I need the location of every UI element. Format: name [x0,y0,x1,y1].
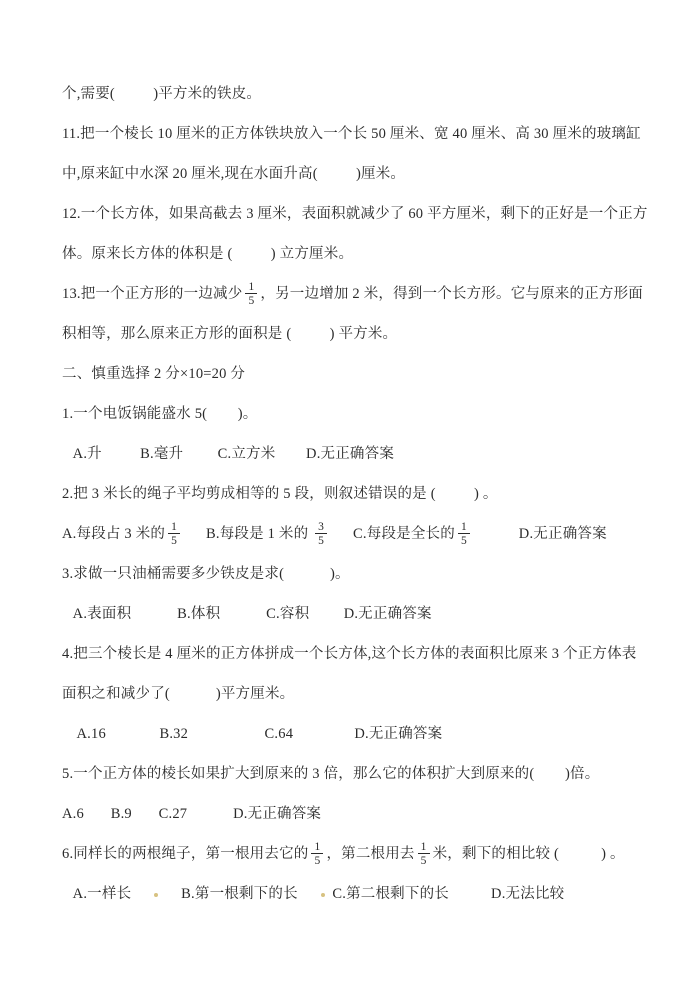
text-run: A.升 B.毫升 C.立方米 D.无正确答案 [62,446,394,462]
text-run: D.无正确答案 [473,526,607,542]
fraction-numerator: 1 [458,521,470,534]
line-c6-question: 6.同样长的两根绳子，第一根用去它的15，第二根用去15米，剩下的相比较 ( )… [62,834,655,874]
text-run: A.16 B.32 C.64 D.无正确答案 [62,726,442,742]
fraction-denominator: 5 [315,533,327,547]
line-c2-options: A.每段占 3 米的15 B.每段是 1 米的 35 C.每段是全长的15 D.… [62,514,655,554]
fraction-denominator: 5 [418,853,430,867]
text-run: 2.把 3 米长的绳子平均剪成相等的 5 段，则叙述错误的是 ( ) 。 [62,486,498,502]
text-run: 3.求做一只油桶需要多少铁皮是求( )。 [62,566,350,582]
text-run: B.第一根剩下的长 [158,886,321,902]
fraction: 15 [458,521,470,547]
fraction: 35 [315,521,327,547]
text-run: 4.把三个棱长是 4 厘米的正方体拼成一个长方体,这个长方体的表面积比原来 3 … [62,646,637,662]
stray-dot-icon [321,893,325,897]
text-run: 中,原来缸中水深 20 厘米,现在水面升高( )厘米。 [62,166,405,182]
line-q11-part1: 11.把一个棱长 10 厘米的正方体铁块放入一个长 50 厘米、宽 40 厘米、… [62,114,655,154]
text-run: ，另一边增加 2 米，得到一个长方形。它与原来的正方形面 [260,286,643,302]
fraction-denominator: 5 [458,533,470,547]
text-run: ，第二根用去 [326,846,414,862]
math-worksheet-page: 个,需要( )平方米的铁皮。11.把一个棱长 10 厘米的正方体铁块放入一个长 … [0,0,695,982]
text-run: 个,需要( )平方米的铁皮。 [62,86,261,102]
text-run: C.每段是全长的 [330,526,455,542]
fraction-numerator: 1 [311,841,323,854]
fraction: 15 [311,841,323,867]
fraction-denominator: 5 [311,853,323,867]
line-c2-question: 2.把 3 米长的绳子平均剪成相等的 5 段，则叙述错误的是 ( ) 。 [62,474,655,514]
section-2-heading: 二、慎重选择 2 分×10=20 分 [62,354,655,394]
line-c6-options: A.一样长 B.第一根剩下的长 C.第二根剩下的长 D.无法比较 [62,874,655,914]
line-c5-question: 5.一个正方体的棱长如果扩大到原来的 3 倍，那么它的体积扩大到原来的( )倍。 [62,754,655,794]
line-q11-part2: 中,原来缸中水深 20 厘米,现在水面升高( )厘米。 [62,154,655,194]
line-q12-part1: 12.一个长方体，如果高截去 3 厘米，表面积就减少了 60 平方厘米，剩下的正… [62,194,655,234]
text-run: 11.把一个棱长 10 厘米的正方体铁块放入一个长 50 厘米、宽 40 厘米、… [62,126,641,142]
line-c4-question-part2: 面积之和减少了( )平方厘米。 [62,674,655,714]
fraction-denominator: 5 [245,293,257,307]
text-run: 13.把一个正方形的一边减少 [62,286,242,302]
stray-dot-icon [154,893,158,897]
line-c4-options: A.16 B.32 C.64 D.无正确答案 [62,714,655,754]
fraction: 15 [245,281,257,307]
fraction-numerator: 1 [245,281,257,294]
line-q12-part2: 体。原来长方体的体积是 ( ) 立方厘米。 [62,234,655,274]
line-c1-options: A.升 B.毫升 C.立方米 D.无正确答案 [62,434,655,474]
text-run: 米，剩下的相比较 ( ) 。 [433,846,625,862]
text-run: 体。原来长方体的体积是 ( ) 立方厘米。 [62,246,353,262]
line-q13-part2: 积相等，那么原来正方形的面积是 ( ) 平方米。 [62,314,655,354]
text-run: 12.一个长方体，如果高截去 3 厘米，表面积就减少了 60 平方厘米，剩下的正… [62,206,648,222]
text-run: C.第二根剩下的长 D.无法比较 [325,886,565,902]
text-run: 5.一个正方体的棱长如果扩大到原来的 3 倍，那么它的体积扩大到原来的( )倍。 [62,766,599,782]
text-run: 6.同样长的两根绳子，第一根用去它的 [62,846,308,862]
fraction-denominator: 5 [168,533,180,547]
line-q13-part1: 13.把一个正方形的一边减少15，另一边增加 2 米，得到一个长方形。它与原来的… [62,274,655,314]
text-run: B.每段是 1 米的 [183,526,312,542]
fraction-numerator: 1 [168,521,180,534]
line-c5-options: A.6 B.9 C.27 D.无正确答案 [62,794,655,834]
line-c3-options: A.表面积 B.体积 C.容积 D.无正确答案 [62,594,655,634]
fraction: 15 [168,521,180,547]
text-run: 积相等，那么原来正方形的面积是 ( ) 平方米。 [62,326,397,342]
text-run: A.表面积 B.体积 C.容积 D.无正确答案 [62,606,432,622]
text-run: 二、慎重选择 2 分×10=20 分 [62,366,245,382]
fraction-numerator: 1 [418,841,430,854]
fraction-numerator: 3 [315,521,327,534]
line-c1-question: 1.一个电饭锅能盛水 5( )。 [62,394,655,434]
line-q10-tail: 个,需要( )平方米的铁皮。 [62,74,655,114]
line-c3-question: 3.求做一只油桶需要多少铁皮是求( )。 [62,554,655,594]
line-c4-question-part1: 4.把三个棱长是 4 厘米的正方体拼成一个长方体,这个长方体的表面积比原来 3 … [62,634,655,674]
text-run: 1.一个电饭锅能盛水 5( )。 [62,406,258,422]
text-run: A.每段占 3 米的 [62,526,165,542]
worksheet-screenshot: { "page": { "background": "#ffffff", "te… [0,0,695,982]
fraction: 15 [418,841,430,867]
text-run: A.6 B.9 C.27 D.无正确答案 [62,806,321,822]
text-run: 面积之和减少了( )平方厘米。 [62,686,294,702]
text-run: A.一样长 [62,886,154,902]
